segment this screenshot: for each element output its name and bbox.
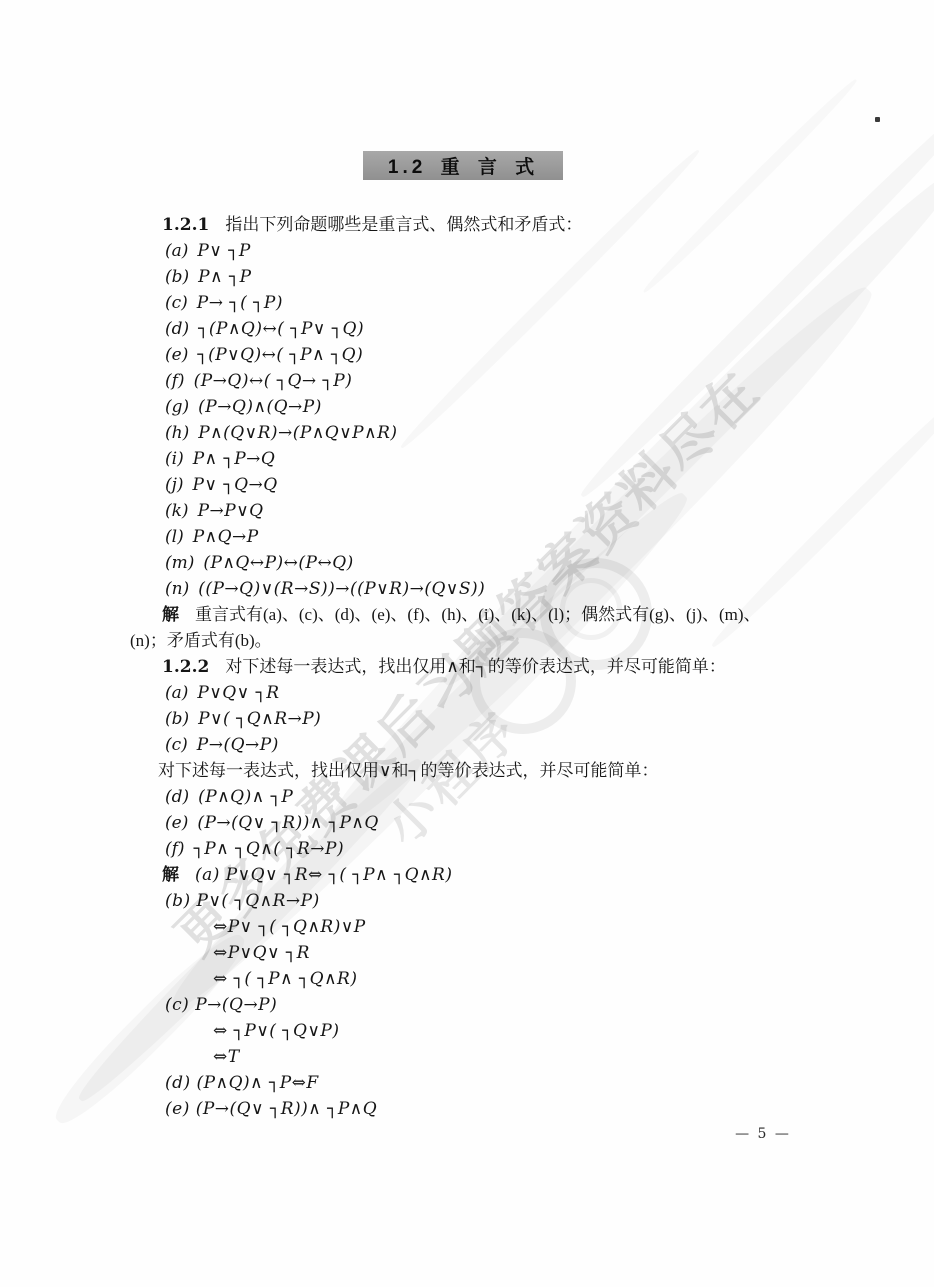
problem-1-2-2-heading: 1.2.2对下述每一表达式，找出仅用∧和┐的等价表达式，并尽可能简单：: [130, 654, 830, 680]
problem-statement: 对下述每一表达式，找出仅用∧和┐的等价表达式，并尽可能简单：: [225, 657, 726, 676]
item-label: (g): [165, 397, 189, 417]
item-label: (e): [165, 813, 188, 833]
list-item: (f)(P→Q)↔( ┐Q→ ┐P): [130, 368, 830, 394]
item-label: (b): [165, 709, 189, 729]
item-formula: ((P→Q)∨(R→S))→((P∨R)→(Q∨S)): [198, 579, 485, 599]
item-formula: (P→(Q∨ ┐R))∧ ┐P∧Q: [197, 813, 378, 833]
solution-1-2-1-line1: 解重言式有(a)、(c)、(d)、(e)、(f)、(h)、(i)、(k)、(l)…: [130, 602, 830, 628]
list-item: (f)┐P∧ ┐Q∧( ┐R→P): [130, 836, 830, 862]
item-formula: P∧Q→P: [193, 527, 259, 547]
solution-formula: ⇔ ┐P∨( ┐Q∨P): [213, 1021, 340, 1041]
item-formula: P∧(Q∨R)→(P∧Q∨P∧R): [198, 423, 397, 443]
solution-formula: ⇔T: [213, 1047, 240, 1067]
section-title: 1.2 重 言 式: [388, 152, 538, 179]
solution-derivation-line: ⇔P∨ ┐( ┐Q∧R)∨P: [130, 914, 830, 940]
item-label: (j): [165, 475, 184, 495]
solution-formula: (a) P∨Q∨ ┐R⇔ ┐( ┐P∧ ┐Q∧R): [195, 865, 453, 885]
problem-statement: 对下述每一表达式，找出仅用∨和┐的等价表达式，并尽可能简单：: [158, 761, 659, 780]
item-label: (e): [165, 345, 188, 365]
item-formula: ┐(P∧Q)↔( ┐P∨ ┐Q): [198, 319, 364, 339]
item-formula: ┐(P∨Q)↔( ┐P∧ ┐Q): [197, 345, 363, 365]
item-formula: P→(Q→P): [197, 735, 279, 755]
item-label: (h): [165, 423, 189, 443]
solution-1-2-2-line: (d) (P∧Q)∧ ┐P⇔F: [130, 1070, 830, 1096]
list-item: (c)P→(Q→P): [130, 732, 830, 758]
solution-formula: (d) (P∧Q)∧ ┐P⇔F: [165, 1073, 319, 1093]
item-formula: P∧ ┐P: [198, 267, 251, 287]
item-formula: P∨Q∨ ┐R: [197, 683, 279, 703]
solution-text: 重言式有(a)、(c)、(d)、(e)、(f)、(h)、(i)、(k)、(l)；…: [195, 605, 761, 624]
item-label: (m): [165, 553, 194, 573]
scanned-textbook-page: { "page": { "title": "1.2 重 言 式", "page_…: [0, 0, 934, 1287]
solution-formula: (e) (P→(Q∨ ┐R))∧ ┐P∧Q: [165, 1099, 377, 1119]
item-formula: P∧ ┐P→Q: [193, 449, 276, 469]
list-item: (b)P∧ ┐P: [130, 264, 830, 290]
list-item: (b)P∨( ┐Q∧R→P): [130, 706, 830, 732]
item-formula: P∨ ┐Q→Q: [193, 475, 278, 495]
list-item: (n)((P→Q)∨(R→S))→((P∨R)→(Q∨S)): [130, 576, 830, 602]
solution-derivation-line: ⇔T: [130, 1044, 830, 1070]
item-label: (a): [165, 241, 188, 261]
item-label: (c): [165, 293, 188, 313]
item-label: (d): [165, 787, 189, 807]
item-label: (b): [165, 267, 189, 287]
section-title-banner: 1.2 重 言 式: [363, 151, 563, 180]
solution-1-2-2-line: 解(a) P∨Q∨ ┐R⇔ ┐( ┐P∧ ┐Q∧R): [130, 862, 830, 888]
page-content: 1.2 重 言 式 1.2.1指出下列命题哪些是重言式、偶然式和矛盾式： (a)…: [0, 0, 934, 1287]
list-item: (i)P∧ ┐P→Q: [130, 446, 830, 472]
solution-1-2-2-line: (b) P∨( ┐Q∧R→P): [130, 888, 830, 914]
item-label: (n): [165, 579, 189, 599]
solution-1-2-2-line: (e) (P→(Q∨ ┐R))∧ ┐P∧Q: [130, 1096, 830, 1122]
list-item: (l)P∧Q→P: [130, 524, 830, 550]
solution-formula: (b) P∨( ┐Q∧R→P): [165, 891, 320, 911]
item-label: (d): [165, 319, 189, 339]
item-label: (c): [165, 735, 188, 755]
solution-1-2-2-line: (c) P→(Q→P): [130, 992, 830, 1018]
list-item: (k)P→P∨Q: [130, 498, 830, 524]
page-number: — 5 —: [728, 1124, 798, 1144]
item-label: (f): [165, 839, 185, 859]
problem-statement: 指出下列命题哪些是重言式、偶然式和矛盾式：: [225, 215, 582, 234]
list-item: (d)┐(P∧Q)↔( ┐P∨ ┐Q): [130, 316, 830, 342]
list-item: (a)P∨ ┐P: [130, 238, 830, 264]
list-item: (d)(P∧Q)∧ ┐P: [130, 784, 830, 810]
problem-number: 1.2.1: [162, 215, 209, 235]
solution-text: (n)；矛盾式有(b)。: [130, 631, 272, 650]
item-label: (l): [165, 527, 184, 547]
item-formula: (P∧Q↔P)↔(P↔Q): [203, 553, 353, 573]
list-item: (a)P∨Q∨ ┐R: [130, 680, 830, 706]
solution-derivation-line: ⇔P∨Q∨ ┐R: [130, 940, 830, 966]
item-formula: (P→Q)∧(Q→P): [198, 397, 322, 417]
solution-label: 解: [162, 865, 179, 884]
list-item: (g)(P→Q)∧(Q→P): [130, 394, 830, 420]
list-item: (j)P∨ ┐Q→Q: [130, 472, 830, 498]
solution-formula: ⇔P∨ ┐( ┐Q∧R)∨P: [213, 917, 366, 937]
problem-1-2-1-heading: 1.2.1指出下列命题哪些是重言式、偶然式和矛盾式：: [130, 212, 830, 238]
solution-formula: ⇔P∨Q∨ ┐R: [213, 943, 310, 963]
item-formula: P→ ┐( ┐P): [197, 293, 283, 313]
list-item: (h)P∧(Q∨R)→(P∧Q∨P∧R): [130, 420, 830, 446]
solution-1-2-1-line2: (n)；矛盾式有(b)。: [130, 628, 830, 654]
solution-derivation-line: ⇔ ┐P∨( ┐Q∨P): [130, 1018, 830, 1044]
solution-formula: ⇔ ┐( ┐P∧ ┐Q∧R): [213, 969, 358, 989]
problem-number: 1.2.2: [162, 657, 209, 677]
item-formula: P∨( ┐Q∧R→P): [198, 709, 321, 729]
list-item: (e)┐(P∨Q)↔( ┐P∧ ┐Q): [130, 342, 830, 368]
solution-formula: (c) P→(Q→P): [165, 995, 277, 1015]
solution-derivation-line: ⇔ ┐( ┐P∧ ┐Q∧R): [130, 966, 830, 992]
item-label: (f): [165, 371, 185, 391]
item-formula: (P→Q)↔( ┐Q→ ┐P): [194, 371, 353, 391]
item-label: (i): [165, 449, 184, 469]
item-formula: (P∧Q)∧ ┐P: [198, 787, 293, 807]
item-formula: P∨ ┐P: [197, 241, 250, 261]
item-label: (a): [165, 683, 188, 703]
item-formula: P→P∨Q: [198, 501, 264, 521]
list-item: (m)(P∧Q↔P)↔(P↔Q): [130, 550, 830, 576]
solution-label: 解: [162, 605, 179, 624]
list-item: (c)P→ ┐( ┐P): [130, 290, 830, 316]
text-block: 1.2.1指出下列命题哪些是重言式、偶然式和矛盾式： (a)P∨ ┐P (b)P…: [130, 212, 830, 1122]
scan-artifact-dot: [875, 117, 880, 122]
item-label: (k): [165, 501, 189, 521]
item-formula: ┐P∧ ┐Q∧( ┐R→P): [194, 839, 345, 859]
problem-1-2-2-statement2: 对下述每一表达式，找出仅用∨和┐的等价表达式，并尽可能简单：: [130, 758, 830, 784]
list-item: (e)(P→(Q∨ ┐R))∧ ┐P∧Q: [130, 810, 830, 836]
